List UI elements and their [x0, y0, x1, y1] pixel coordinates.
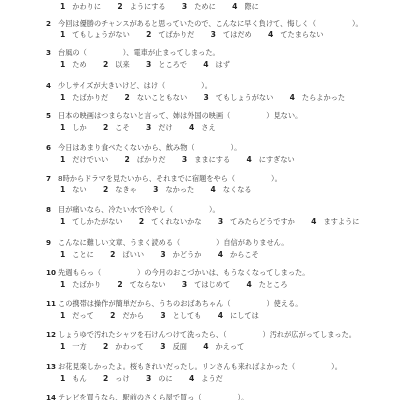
option-2: 2以来 — [103, 60, 130, 69]
option-1: 1てしかたがない — [60, 217, 123, 226]
question-14: 14テレビを買うなら、駅前のさくら屋で買っ（ ）。 — [46, 393, 248, 400]
options-row-q8: 1てしかたがない 2てくれないかな 3てみたらどうですか 4ますように — [60, 217, 373, 226]
option-1: 1ため — [60, 60, 87, 69]
option-1: 1たばかり — [60, 280, 101, 289]
options-row-q2: 1てもしょうがない 2てばかりだ 3てはだめ 4てたまらない — [60, 30, 337, 39]
options-row-q5: 1しか 2こそ 3だけ 4さえ — [60, 123, 230, 132]
option-3: 3ために — [182, 2, 216, 11]
option-3: 3てはだめ — [211, 30, 252, 39]
question-text: 少しサイズが大きいけど、はけ（ ）。 — [58, 81, 212, 90]
option-2: 2なきゃ — [103, 185, 137, 194]
options-row-q11: 1だって 2だから 3としても 4にしては — [60, 311, 273, 320]
option-4: 4にすぎない — [246, 155, 294, 164]
question-10: 10先週もらっ（ ）の今月のおこづかいは、もうなくなってしまった。 — [46, 268, 309, 277]
option-3: 3てみたらどうですか — [218, 217, 295, 226]
option-4: 4ますように — [311, 217, 359, 226]
option-3: 3なかった — [153, 185, 194, 194]
option-4: 4さえ — [189, 123, 216, 132]
question-5: 5日本の映画はつまらないと言って、姉は外国の映画（ ）見ない。 — [46, 111, 302, 120]
question-text: 8時からドラマを見たいから、それまでに宿題をやら（ ）。 — [58, 174, 282, 183]
option-1: 1たばかりだ — [60, 93, 108, 102]
question-text: この携帯は操作が簡単だから、うちのおばあちゃん（ ）使える。 — [58, 299, 302, 308]
options-row-q6: 1だけでいい 2ばかりだ 3ままにする 4にすぎない — [60, 155, 309, 164]
option-4: 4たところ — [246, 280, 287, 289]
option-1: 1一方 — [60, 342, 87, 351]
option-3: 3のに — [146, 374, 173, 383]
option-4: 4からこそ — [218, 250, 259, 259]
worksheet-page: 1かわりに 2ようにする 3ために 4際に 2今回は優勝のチャンスがあると思って… — [0, 0, 400, 400]
question-7: 78時からドラマを見たいから、それまでに宿題をやら（ ）。 — [46, 174, 282, 183]
question-text: 日本の映画はつまらないと言って、姉は外国の映画（ ）見ない。 — [58, 111, 302, 120]
option-4: 4てたまらない — [268, 30, 323, 39]
option-1: 1ことに — [60, 250, 94, 259]
question-8: 8目が痛いなら、冷たい水で冷やし（ ）。 — [46, 205, 220, 214]
option-2: 2てくれないかな — [139, 217, 202, 226]
option-1: 1しか — [60, 123, 87, 132]
question-12: 12しょうゆで汚れたシャツを石けんつけて洗ったら、（ ）汚れが広がってしまった。 — [46, 330, 356, 339]
question-6: 6今日はあまり食べたくないから、飲み物（ ）。 — [46, 143, 241, 152]
option-2: 2ようにする — [117, 2, 165, 11]
option-4: 4際に — [232, 2, 259, 11]
option-3: 3ところで — [146, 60, 187, 69]
question-text: 目が痛いなら、冷たい水で冷やし（ ）。 — [58, 205, 220, 214]
option-3: 3ままにする — [182, 155, 230, 164]
option-3: 3かどうか — [160, 250, 201, 259]
question-text: 今回は優勝のチャンスがあると思っていたので、こんなに早く負けて、悔しく（ ）。 — [58, 19, 363, 28]
option-2: 2っけ — [103, 374, 130, 383]
option-3: 3反面 — [160, 342, 187, 351]
option-4: 4かえって — [203, 342, 244, 351]
option-4: 4ようだ — [189, 374, 223, 383]
option-4: 4はず — [203, 60, 230, 69]
question-13: 13お花見楽しかったよ。桜もきれいだったし。リンさんも来ればよかった（ ）。 — [46, 362, 342, 371]
option-2: 2ないこともない — [125, 93, 188, 102]
option-2: 2ばいい — [110, 250, 144, 259]
options-row-q13: 1もん 2っけ 3のに 4ようだ — [60, 374, 237, 383]
question-text: テレビを買うなら、駅前のさくら屋で買っ（ ）。 — [58, 393, 248, 400]
question-text: お花見楽しかったよ。桜もきれいだったし。リンさんも来ればよかった（ ）。 — [58, 362, 342, 371]
option-2: 2こそ — [103, 123, 130, 132]
option-1: 1かわりに — [60, 2, 101, 11]
options-row-q4: 1たばかりだ 2ないこともない 3てもしょうがない 4たらよかった — [60, 93, 359, 102]
option-3: 3てもしょうがない — [203, 93, 273, 102]
question-text: しょうゆで汚れたシャツを石けんつけて洗ったら、（ ）汚れが広がってしまった。 — [58, 330, 356, 339]
option-1: 1だって — [60, 311, 94, 320]
option-2: 2ばかりだ — [125, 155, 166, 164]
option-1: 1ない — [60, 185, 87, 194]
options-row-q7: 1ない 2なきゃ 3なかった 4なくなる — [60, 185, 266, 194]
options-row-q12: 1一方 2かわって 3反面 4かえって — [60, 342, 258, 351]
question-text: 今日はあまり食べたくないから、飲み物（ ）。 — [58, 143, 241, 152]
option-1: 1てもしょうがない — [60, 30, 130, 39]
options-row-q9: 1ことに 2ばいい 3かどうか 4からこそ — [60, 250, 273, 259]
question-9: 9こんなに難しい文章、うまく読める（ ）自信がありません。 — [46, 238, 288, 247]
option-4: 4たらよかった — [290, 93, 345, 102]
option-3: 3だけ — [146, 123, 173, 132]
option-2: 2だから — [110, 311, 144, 320]
option-1: 1もん — [60, 374, 87, 383]
option-4: 4なくなる — [211, 185, 252, 194]
option-3: 3としても — [160, 311, 201, 320]
option-2: 2てならない — [117, 280, 165, 289]
option-1: 1だけでいい — [60, 155, 108, 164]
question-text: 先週もらっ（ ）の今月のおこづかいは、もうなくなってしまった。 — [58, 268, 309, 277]
question-text: 台風の（ ）、電車が止まってしまった。 — [58, 48, 220, 57]
option-2: 2かわって — [103, 342, 144, 351]
question-4: 4少しサイズが大きいけど、はけ（ ）。 — [46, 81, 212, 90]
question-2: 2今回は優勝のチャンスがあると思っていたので、こんなに早く負けて、悔しく（ ）。 — [46, 19, 363, 28]
option-4: 4にしては — [218, 311, 259, 320]
options-row-q1: 1かわりに 2ようにする 3ために 4際に — [60, 2, 273, 11]
option-2: 2てばかりだ — [146, 30, 194, 39]
options-row-q3: 1ため 2以来 3ところで 4はず — [60, 60, 244, 69]
question-text: こんなに難しい文章、うまく読める（ ）自信がありません。 — [58, 238, 288, 247]
question-3: 3台風の（ ）、電車が止まってしまった。 — [46, 48, 220, 57]
question-11: 11この携帯は操作が簡単だから、うちのおばあちゃん（ ）使える。 — [46, 299, 302, 308]
options-row-q10: 1たばかり 2てならない 3てはじめて 4たところ — [60, 280, 302, 289]
option-3: 3てはじめて — [182, 280, 230, 289]
